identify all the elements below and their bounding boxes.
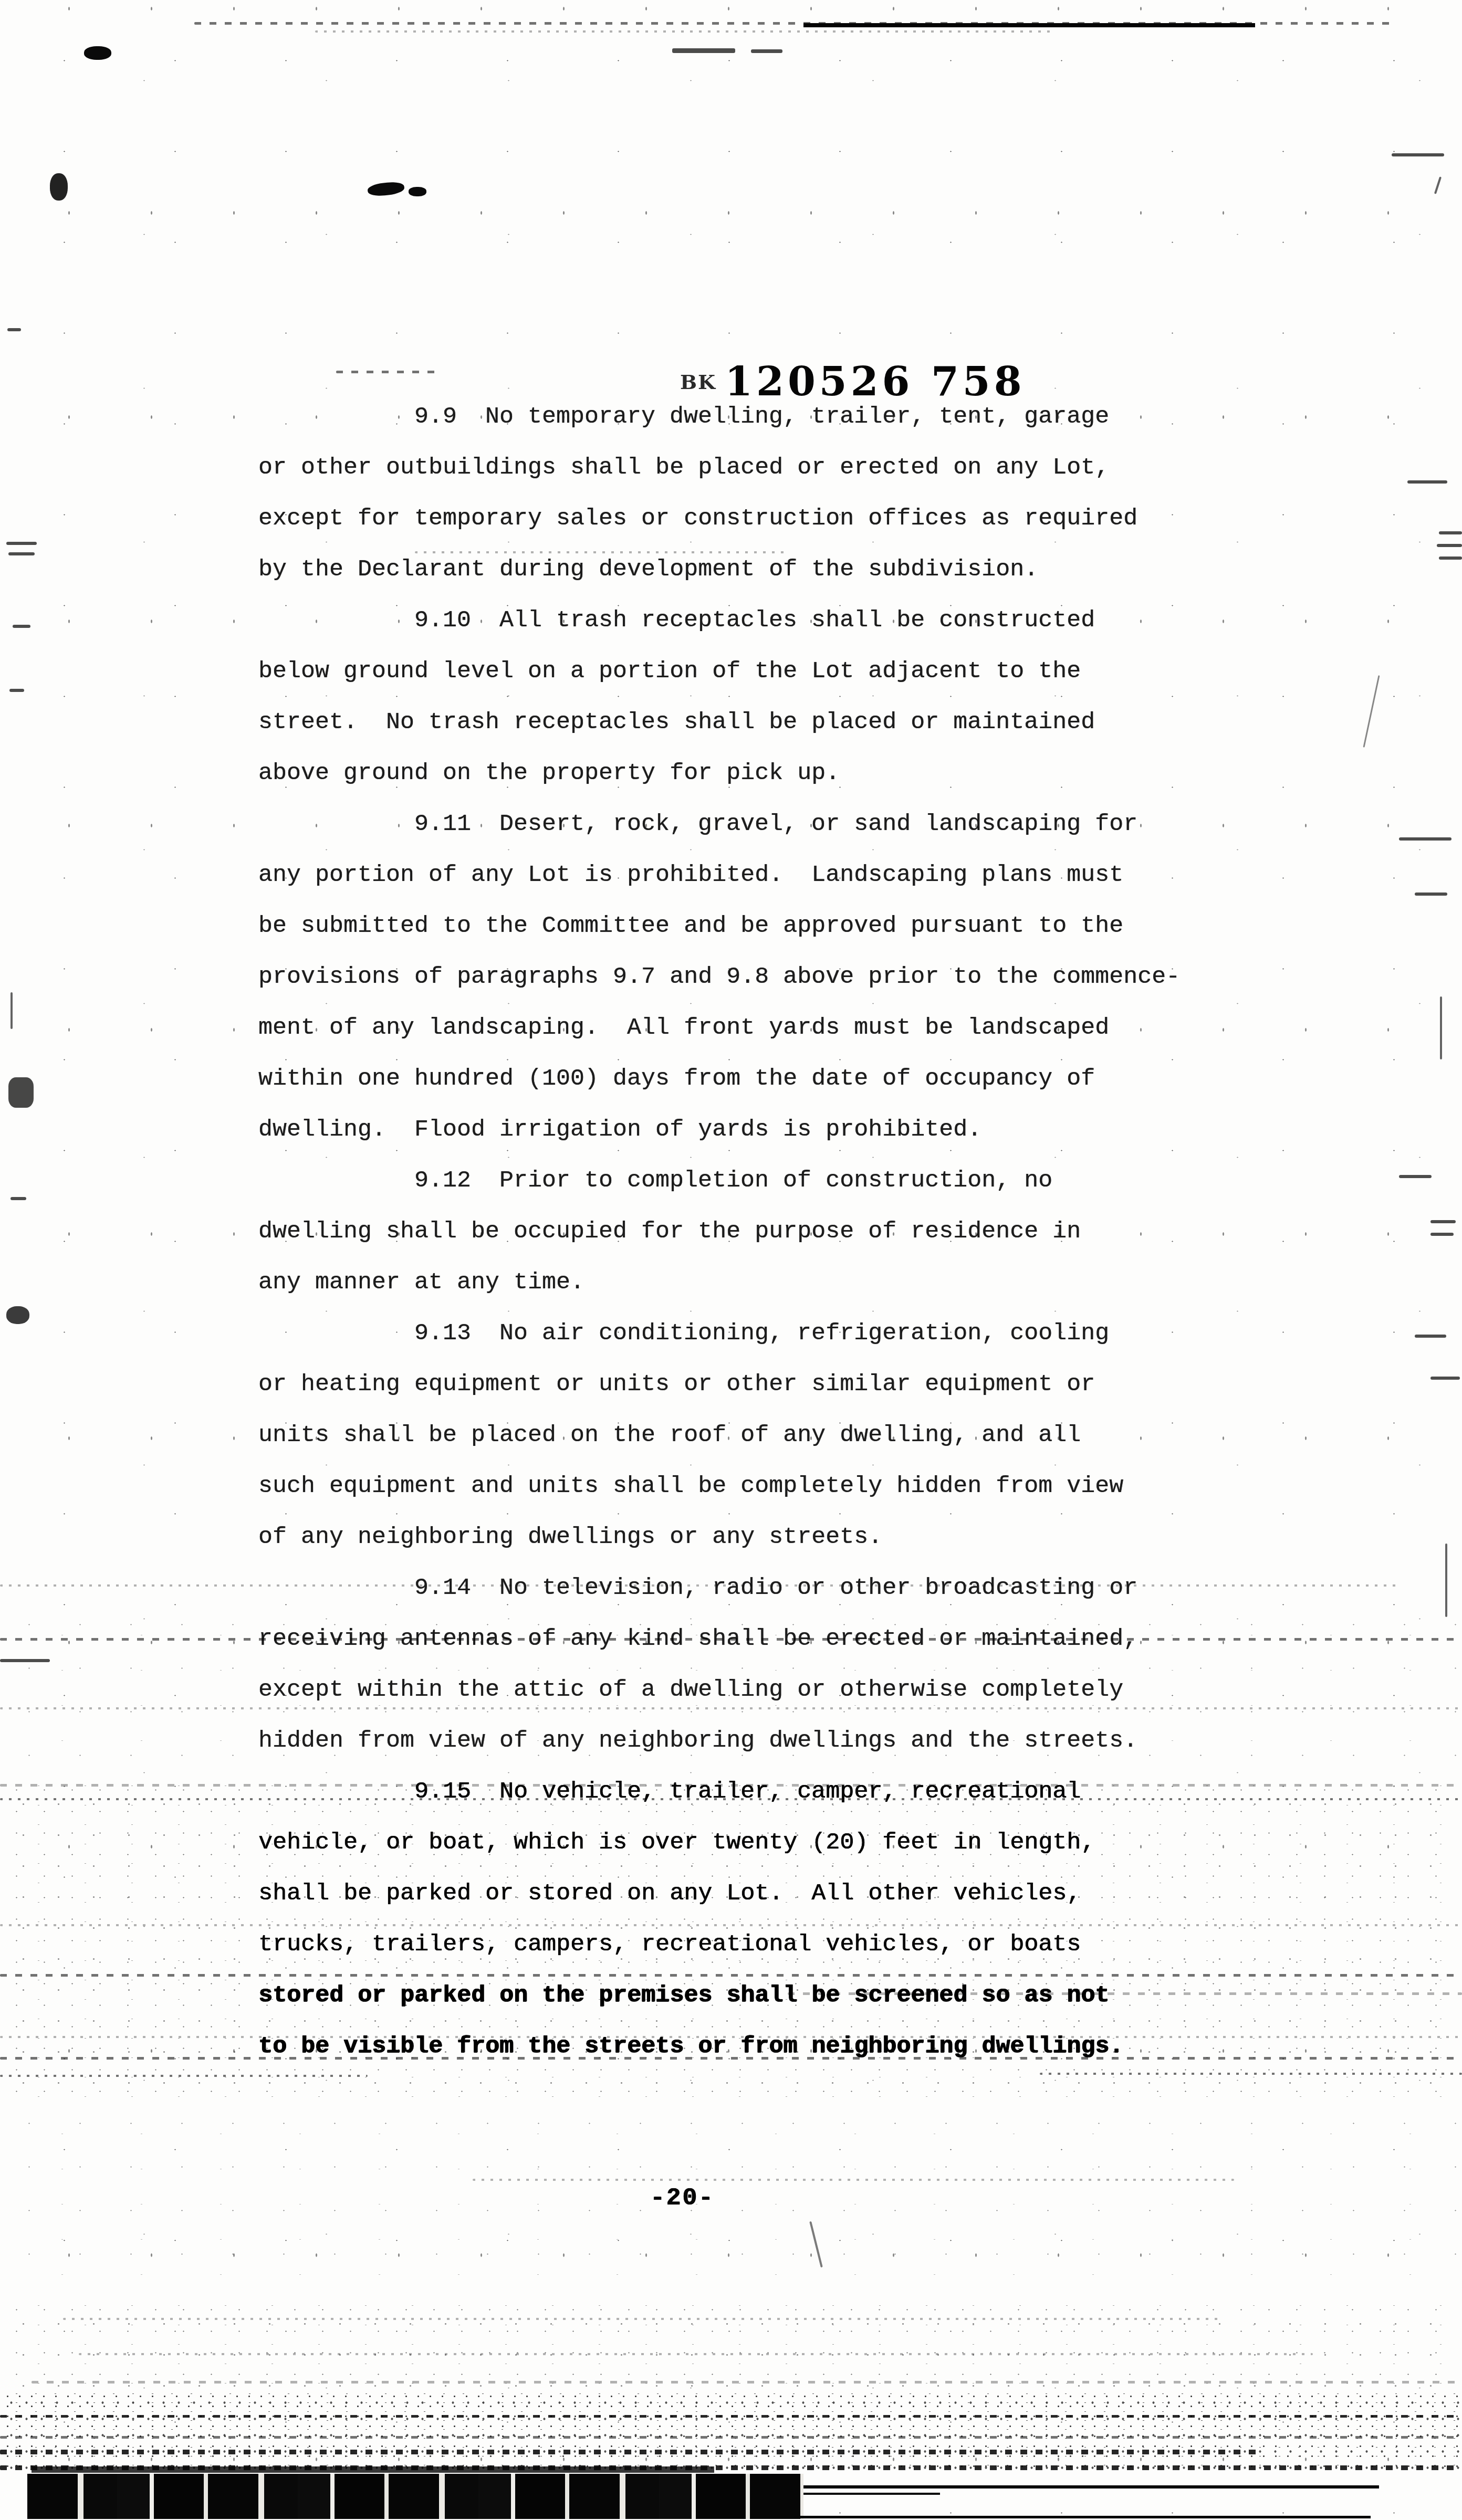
scan-artifact — [63, 2318, 1218, 2320]
noise-band — [0, 2100, 1462, 2294]
margin-mark — [1430, 1220, 1456, 1223]
scan-artifact — [0, 2415, 1462, 2418]
noise-band — [0, 2294, 1462, 2389]
scan-artifact — [32, 2381, 1462, 2383]
text-line: except for temporary sales or constructi… — [258, 493, 1204, 544]
scan-artifact — [0, 2450, 1260, 2454]
margin-mark — [1399, 837, 1451, 841]
text-line: of any neighboring dwellings or any stre… — [258, 1511, 1204, 1562]
scan-artifact — [794, 2516, 1371, 2518]
margin-mark — [8, 1077, 34, 1108]
scan-artifact — [79, 2353, 1313, 2355]
text-line: street. No trash receptacles shall be pl… — [258, 697, 1204, 748]
text-line: any portion of any Lot is prohibited. La… — [258, 849, 1204, 900]
scan-artifact — [32, 2466, 714, 2473]
margin-mark — [13, 625, 30, 628]
text-line: 9.9 No temporary dwelling, trailer, tent… — [258, 391, 1204, 442]
margin-mark — [1439, 556, 1462, 560]
scan-artifact — [0, 1584, 1397, 1587]
text-line: any manner at any time. — [258, 1257, 1204, 1308]
text-line: or heating equipment or units or other s… — [258, 1359, 1204, 1410]
margin-mark — [1430, 1233, 1454, 1236]
scan-artifact — [803, 2493, 940, 2495]
scanned-document-page: BK120526 758 9.9 No temporary dwelling, … — [0, 0, 1462, 2520]
margin-mark — [6, 1306, 29, 1324]
text-line: ment of any landscaping. All front yards… — [258, 1002, 1204, 1053]
scan-artifact — [751, 49, 782, 53]
text-line: above ground on the property for pick up… — [258, 748, 1204, 799]
text-line: dwelling shall be occupied for the purpo… — [258, 1206, 1204, 1257]
margin-mark — [1434, 176, 1442, 194]
margin-mark — [11, 992, 13, 1029]
text-line: dwelling. Flood irrigation of yards is p… — [258, 1104, 1204, 1155]
text-line: such equipment and units shall be comple… — [258, 1461, 1204, 1511]
margin-mark — [1415, 1335, 1446, 1338]
text-line: 9.11 Desert, rock, gravel, or sand lands… — [258, 799, 1204, 849]
scan-black-band — [27, 2474, 803, 2519]
margin-mark — [1440, 996, 1442, 1059]
margin-mark — [1415, 892, 1447, 896]
margin-mark — [1430, 1377, 1460, 1380]
text-line: by the Declarant during development of t… — [258, 544, 1204, 595]
ink-smudge — [50, 173, 68, 201]
scan-artifact — [0, 2436, 1462, 2439]
noise-band — [0, 1774, 1462, 2100]
margin-mark — [7, 328, 21, 331]
scan-artifact — [803, 2485, 1379, 2488]
margin-mark — [11, 1197, 26, 1200]
scan-artifact — [336, 371, 438, 373]
margin-mark — [1399, 1175, 1432, 1178]
text-line: 9.13 No air conditioning, refrigeration,… — [258, 1308, 1204, 1359]
margin-mark — [1439, 531, 1462, 534]
scan-artifact — [315, 30, 1050, 33]
text-line: below ground level on a portion of the L… — [258, 646, 1204, 697]
ink-smudge — [367, 181, 405, 197]
text-line: or other outbuildings shall be placed or… — [258, 442, 1204, 493]
margin-mark — [1392, 153, 1444, 156]
text-line: 9.12 Prior to completion of construction… — [258, 1155, 1204, 1206]
ink-smudge — [409, 187, 426, 196]
noise-band — [0, 1601, 1462, 1774]
text-line: be submitted to the Committee and be app… — [258, 900, 1204, 951]
text-line: provisions of paragraphs 9.7 and 9.8 abo… — [258, 951, 1204, 1002]
stamp-prefix: BK — [680, 370, 716, 394]
text-line: within one hundred (100) days from the d… — [258, 1053, 1204, 1104]
scan-artifact — [84, 46, 111, 60]
margin-mark — [8, 552, 35, 555]
margin-mark — [1407, 480, 1447, 484]
scan-artifact — [672, 48, 735, 53]
margin-mark — [6, 542, 37, 545]
margin-mark — [1437, 544, 1462, 547]
scan-artifact — [803, 23, 1255, 27]
noise-band — [0, 2389, 1462, 2474]
scratch-mark — [1363, 675, 1380, 748]
text-line: 9.10 All trash receptacles shall be cons… — [258, 595, 1204, 646]
margin-mark — [9, 689, 24, 692]
text-line: units shall be placed on the roof of any… — [258, 1410, 1204, 1461]
